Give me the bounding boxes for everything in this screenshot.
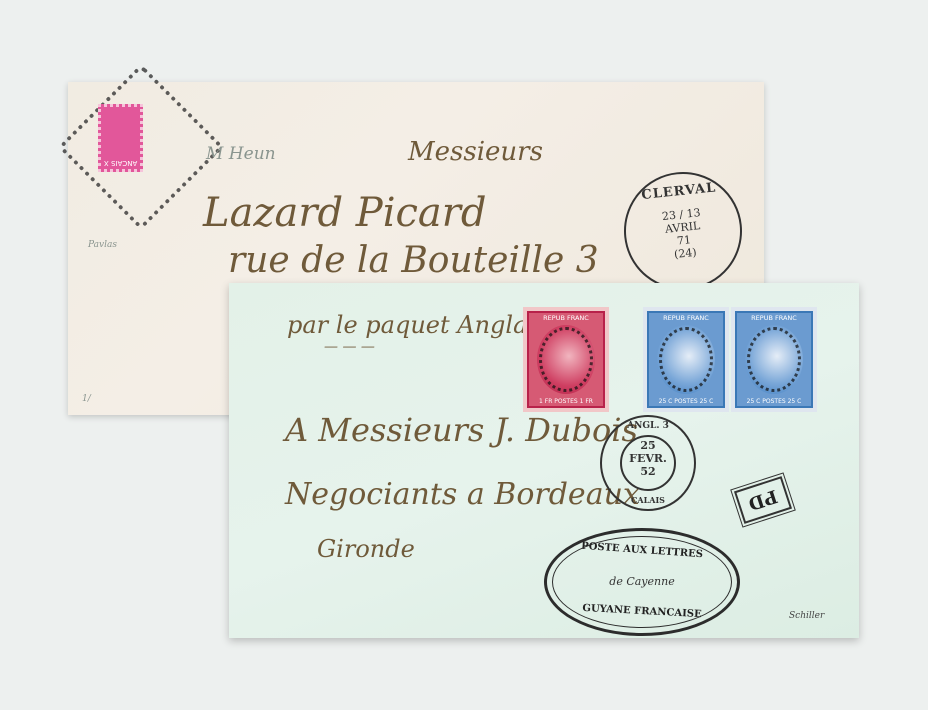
- postmark-town: CLERVAL: [621, 178, 736, 205]
- clerval-postmark: CLERVAL 23 / 13 AVRIL 71 (24): [618, 166, 748, 296]
- address-line-2: Lazard Picard: [203, 190, 486, 236]
- stamp-25c-blue: REPUB FRANC 25 C POSTES 25 C: [643, 307, 729, 412]
- front-envelope: par le paquet Anglais — — — REPUB FRANC …: [229, 283, 859, 638]
- routing-underline: — — —: [324, 339, 375, 355]
- stamp-1fr-red: REPUB FRANC 1 FR POSTES 1 FR: [523, 307, 609, 412]
- pink-stamp: ANCAIS X: [98, 104, 143, 172]
- address-line-2: Negociants a Bordeaux: [285, 477, 640, 512]
- routing-note: par le paquet Anglais: [287, 311, 547, 339]
- calais-postmark: ANGL. 3 25 FEVR. 52 CALAIS: [600, 415, 696, 511]
- expert-signature: Schiller: [789, 611, 824, 621]
- pd-handstamp: PD: [734, 476, 792, 524]
- corner-mark: 1/: [82, 394, 91, 404]
- dotted-cancel: [747, 327, 801, 392]
- stamp-text: ANCAIS X: [102, 157, 139, 169]
- expert-mark: Pavlas: [88, 240, 117, 250]
- address-line-1: Messieurs: [408, 137, 543, 167]
- cayenne-oval-cachet: POSTE AUX LETTRES de Cayenne GUYANE FRAN…: [544, 528, 740, 636]
- stamp-25c-blue: REPUB FRANC 25 C POSTES 25 C: [731, 307, 817, 412]
- address-line-3: Gironde: [317, 535, 415, 563]
- address-line-3: rue de la Bouteille 3: [228, 240, 599, 281]
- postmark-date: 25 FEVR. 52: [602, 439, 694, 478]
- dotted-cancel: [539, 327, 593, 392]
- address-line-1: A Messieurs J. Dubois: [285, 411, 638, 449]
- postmark-date: 23 / 13 AVRIL 71 (24): [624, 202, 743, 266]
- pencil-note: M Heun: [206, 144, 276, 164]
- dotted-cancel: [659, 327, 713, 392]
